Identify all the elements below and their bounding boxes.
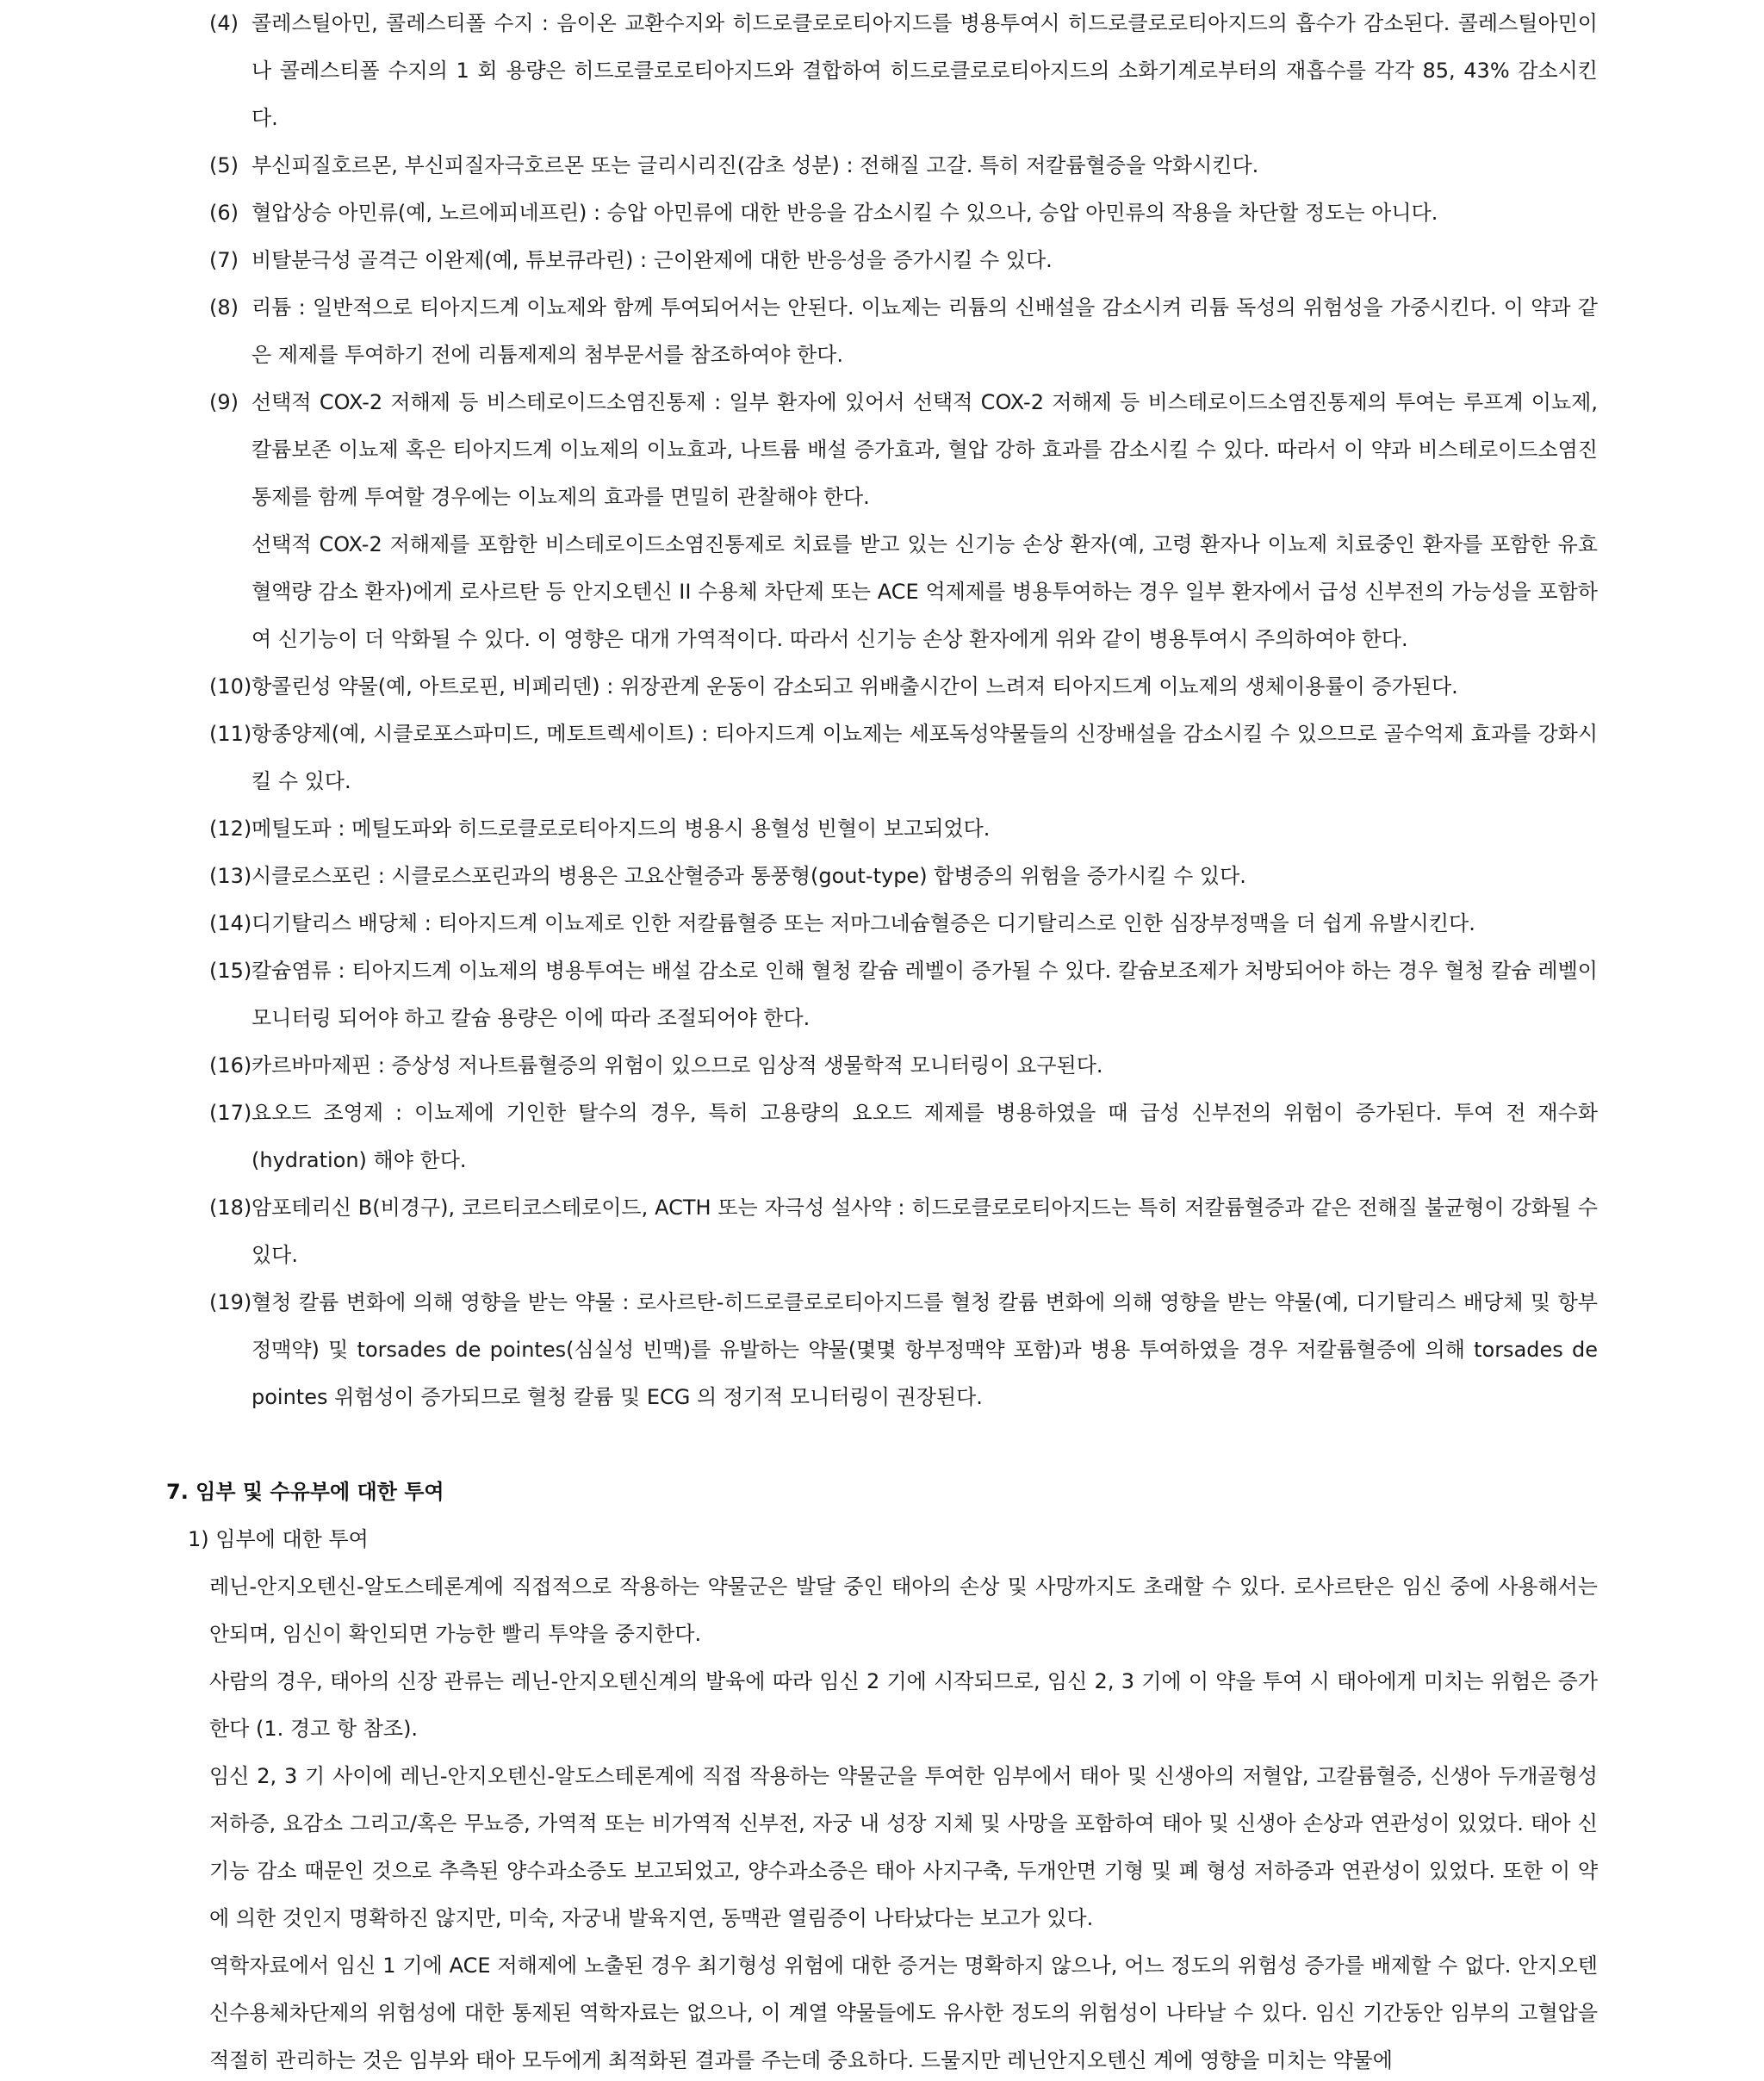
paragraph: 레닌-안지오텐신-알도스테론계에 직접적으로 작용하는 약물군은 발달 중인 태… (209, 1563, 1598, 1658)
item-number: (11) (209, 711, 252, 758)
interaction-item-7: (7) 비탈분극성 골격근 이완제(예, 튜보큐라린) : 근이완제에 대한 반… (209, 237, 1598, 284)
item-number: (16) (209, 1042, 252, 1090)
interaction-item-11: (11) 항종양제(예, 시클로포스파미드, 메토트렉세이트) : 티아지드계 … (209, 711, 1598, 805)
item-number: (12) (209, 805, 252, 853)
item-number: (17) (209, 1090, 252, 1137)
item-text: 혈청 칼륨 변화에 의해 영향을 받는 약물 : 로사르탄-히드로클로로티아지드… (252, 1279, 1598, 1421)
item-number: (19) (209, 1279, 252, 1326)
item-text: 카르바마제핀 : 증상성 저나트륨혈증의 위험이 있으므로 임상적 생물학적 모… (252, 1042, 1598, 1090)
item-text: 칼슘염류 : 티아지드계 이뇨제의 병용투여는 배설 감소로 인해 혈청 칼슘 … (252, 947, 1598, 1042)
item-number: (13) (209, 853, 252, 900)
item-text: 항콜린성 약물(예, 아트로핀, 비페리덴) : 위장관계 운동이 감소되고 위… (252, 663, 1598, 711)
subsection-heading: 1) 임부에 대한 투여 (188, 1516, 1764, 1563)
item-number: (8) (209, 284, 239, 332)
interaction-item-13: (13) 시클로스포린 : 시클로스포린과의 병용은 고요산혈증과 통풍형(go… (209, 853, 1598, 900)
item-number: (9) (209, 379, 239, 426)
section-spacer (0, 1421, 1764, 1469)
item-number: (6) (209, 189, 239, 237)
paragraph: 사람의 경우, 태아의 신장 관류는 레닌-안지오텐신계의 발육에 따라 임신 … (209, 1658, 1598, 1753)
paragraph: 역학자료에서 임신 1 기에 ACE 저해제에 노출된 경우 최기형성 위험에 … (209, 1942, 1598, 2081)
interaction-item-16: (16) 카르바마제핀 : 증상성 저나트륨혈증의 위험이 있으므로 임상적 생… (209, 1042, 1598, 1090)
item-number: (14) (209, 900, 252, 947)
item-text: 선택적 COX-2 저해제를 포함한 비스테로이드소염진통제로 치료를 받고 있… (252, 521, 1598, 663)
interaction-item-12: (12) 메틸도파 : 메틸도파와 히드로클로로티아지드의 병용시 용혈성 빈혈… (209, 805, 1598, 853)
item-number: (7) (209, 237, 239, 284)
item-text: 리튬 : 일반적으로 티아지드계 이뇨제와 함께 투여되어서는 안된다. 이뇨제… (252, 284, 1598, 379)
item-text: 항종양제(예, 시클로포스파미드, 메토트렉세이트) : 티아지드계 이뇨제는 … (252, 711, 1598, 805)
document-page: (4) 콜레스틸아민, 콜레스티폴 수지 : 음이온 교환수지와 히드로클로로티… (0, 0, 1764, 2081)
interaction-item-19: (19) 혈청 칼륨 변화에 의해 영향을 받는 약물 : 로사르탄-히드로클로… (209, 1279, 1598, 1421)
item-text: 디기탈리스 배당체 : 티아지드계 이뇨제로 인한 저칼륨혈증 또는 저마그네슘… (252, 900, 1598, 947)
item-text: 비탈분극성 골격근 이완제(예, 튜보큐라린) : 근이완제에 대한 반응성을 … (252, 237, 1598, 284)
section-heading: 7. 임부 및 수유부에 대한 투여 (166, 1469, 1764, 1516)
interaction-item-15: (15) 칼슘염류 : 티아지드계 이뇨제의 병용투여는 배설 감소로 인해 혈… (209, 947, 1598, 1042)
item-number: (10) (209, 663, 252, 711)
interaction-item-9: (9) 선택적 COX-2 저해제 등 비스테로이드소염진통제 : 일부 환자에… (209, 379, 1598, 521)
interaction-item-6: (6) 혈압상승 아민류(예, 노르에피네프린) : 승압 아민류에 대한 반응… (209, 189, 1598, 237)
interaction-item-10: (10) 항콜린성 약물(예, 아트로핀, 비페리덴) : 위장관계 운동이 감… (209, 663, 1598, 711)
item-number: (4) (209, 0, 239, 47)
paragraph: 임신 2, 3 기 사이에 레닌-안지오텐신-알도스테론계에 직접 작용하는 약… (209, 1753, 1598, 1942)
item-text: 시클로스포린 : 시클로스포린과의 병용은 고요산혈증과 통풍형(gout-ty… (252, 853, 1598, 900)
item-text: 부신피질호르몬, 부신피질자극호르몬 또는 글리시리진(감초 성분) : 전해질… (252, 142, 1598, 189)
item-number: (15) (209, 947, 252, 995)
item-text: 선택적 COX-2 저해제 등 비스테로이드소염진통제 : 일부 환자에 있어서… (252, 379, 1598, 521)
item-text: 암포테리신 B(비경구), 코르티코스테로이드, ACTH 또는 자극성 설사약… (252, 1184, 1598, 1279)
item-number: (5) (209, 142, 239, 189)
interaction-item-18: (18) 암포테리신 B(비경구), 코르티코스테로이드, ACTH 또는 자극… (209, 1184, 1598, 1279)
item-text: 메틸도파 : 메틸도파와 히드로클로로티아지드의 병용시 용혈성 빈혈이 보고되… (252, 805, 1598, 853)
item-number: (18) (209, 1184, 252, 1232)
interaction-item-9-continuation: 선택적 COX-2 저해제를 포함한 비스테로이드소염진통제로 치료를 받고 있… (209, 521, 1598, 663)
interaction-item-17: (17) 요오드 조영제 : 이뇨제에 기인한 탈수의 경우, 특히 고용량의 … (209, 1090, 1598, 1184)
item-text: 요오드 조영제 : 이뇨제에 기인한 탈수의 경우, 특히 고용량의 요오드 제… (252, 1090, 1598, 1184)
item-text: 혈압상승 아민류(예, 노르에피네프린) : 승압 아민류에 대한 반응을 감소… (252, 189, 1598, 237)
item-text: 콜레스틸아민, 콜레스티폴 수지 : 음이온 교환수지와 히드로클로로티아지드를… (252, 0, 1598, 142)
interaction-item-4: (4) 콜레스틸아민, 콜레스티폴 수지 : 음이온 교환수지와 히드로클로로티… (209, 0, 1598, 142)
interaction-item-14: (14) 디기탈리스 배당체 : 티아지드계 이뇨제로 인한 저칼륨혈증 또는 … (209, 900, 1598, 947)
interaction-item-5: (5) 부신피질호르몬, 부신피질자극호르몬 또는 글리시리진(감초 성분) :… (209, 142, 1598, 189)
interaction-item-8: (8) 리튬 : 일반적으로 티아지드계 이뇨제와 함께 투여되어서는 안된다.… (209, 284, 1598, 379)
